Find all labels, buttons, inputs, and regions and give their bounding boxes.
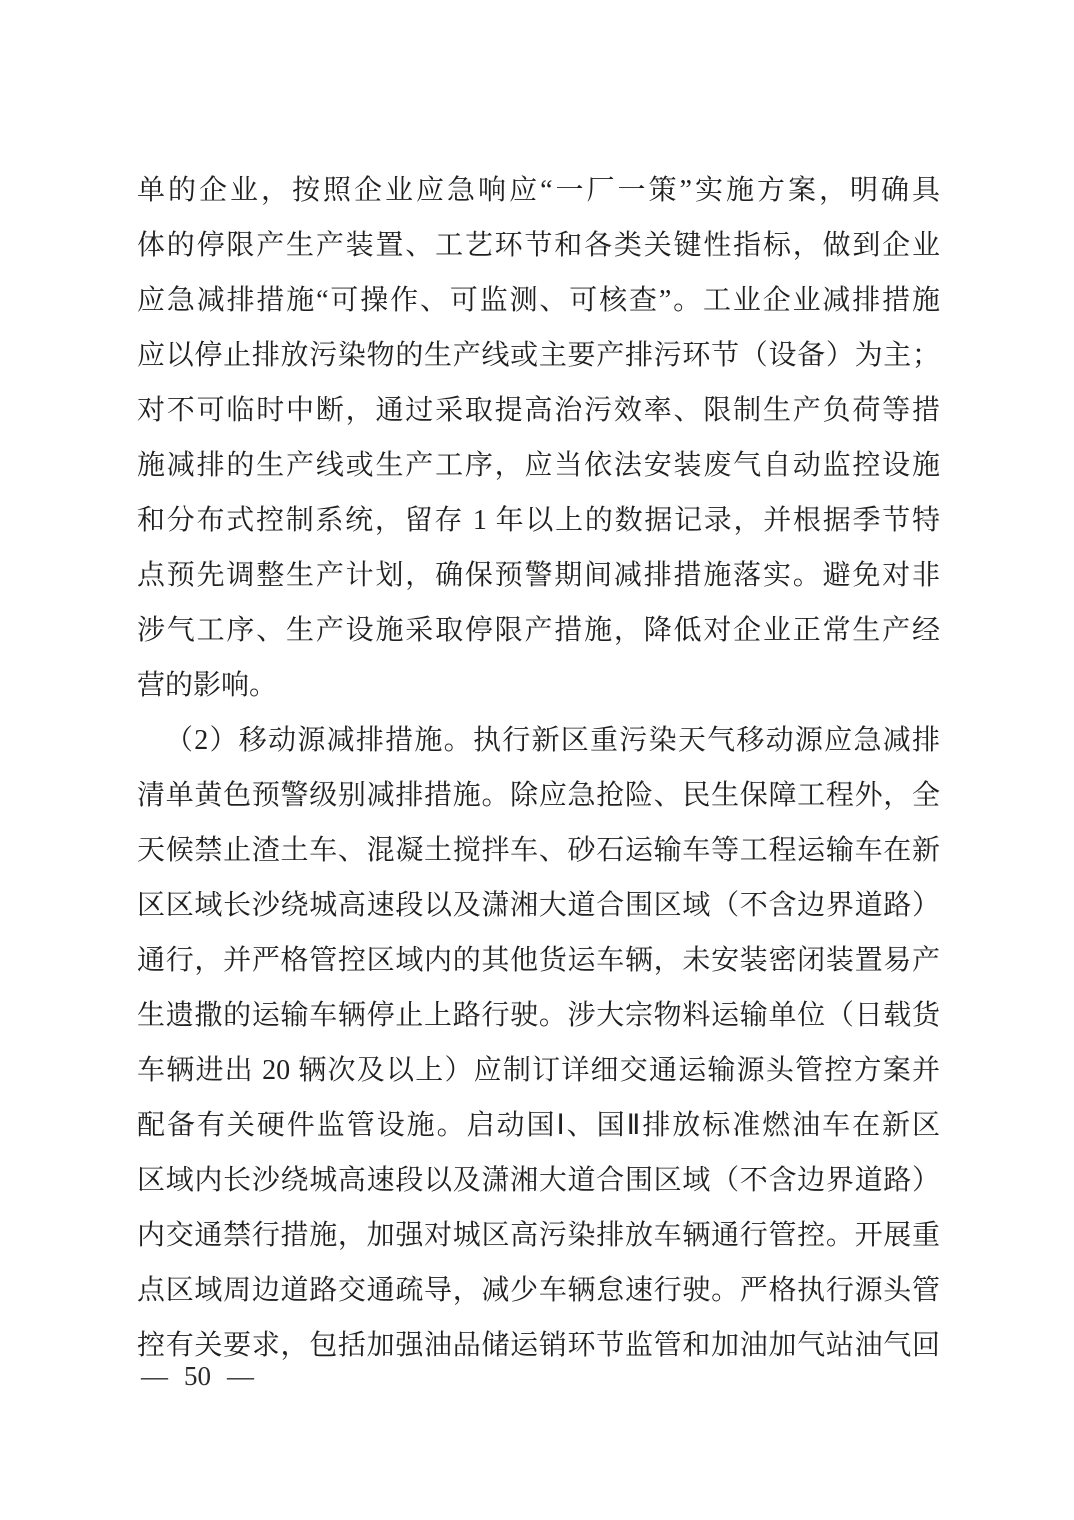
text-line: 点区域周边道路交通疏导，减少车辆怠速行驶。严格执行源头管 bbox=[137, 1263, 940, 1318]
text-line: 体的停限产生产装置、工艺环节和各类关键性指标，做到企业 bbox=[137, 218, 940, 273]
footer-right-dash: — bbox=[227, 1356, 254, 1396]
text-line: 涉气工序、生产设施采取停限产措施，降低对企业正常生产经 bbox=[137, 603, 940, 658]
text-line: 和分布式控制系统，留存 1 年以上的数据记录，并根据季节特 bbox=[137, 493, 940, 548]
document-page: 单的企业，按照企业应急响应“一厂一策”实施方案，明确具 体的停限产生产装置、工艺… bbox=[0, 0, 1074, 1520]
text-line: 对不可临时中断，通过采取提高治污效率、限制生产负荷等措 bbox=[137, 383, 940, 438]
text-line: 内交通禁行措施，加强对城区高污染排放车辆通行管控。开展重 bbox=[137, 1208, 940, 1263]
text-line: 应急减排措施“可操作、可监测、可核查”。工业企业减排措施 bbox=[137, 273, 940, 328]
text-line: 配备有关硬件监管设施。启动国Ⅰ、国Ⅱ排放标准燃油车在新区 bbox=[137, 1098, 940, 1153]
text-line: 点预先调整生产计划，确保预警期间减排措施落实。避免对非 bbox=[137, 548, 940, 603]
text-line: 施减排的生产线或生产工序，应当依法安装废气自动监控设施 bbox=[137, 438, 940, 493]
page-number: 50 bbox=[184, 1356, 211, 1396]
text-line: 单的企业，按照企业应急响应“一厂一策”实施方案，明确具 bbox=[137, 163, 940, 218]
text-line: 区域内长沙绕城高速段以及潇湘大道合围区域（不含边界道路） bbox=[137, 1153, 940, 1208]
text-line: 车辆进出 20 辆次及以上）应制订详细交通运输源头管控方案并 bbox=[137, 1043, 940, 1098]
text-line: 清单黄色预警级别减排措施。除应急抢险、民生保障工程外，全 bbox=[137, 768, 940, 823]
text-line: 区区域长沙绕城高速段以及潇湘大道合围区域（不含边界道路） bbox=[137, 878, 940, 933]
text-line: 通行，并严格管控区域内的其他货运车辆，未安装密闭装置易产 bbox=[137, 933, 940, 988]
text-line: 天候禁止渣土车、混凝土搅拌车、砂石运输车等工程运输车在新 bbox=[137, 823, 940, 878]
body-text-block: 单的企业，按照企业应急响应“一厂一策”实施方案，明确具 体的停限产生产装置、工艺… bbox=[137, 163, 940, 1373]
footer-left-dash: — bbox=[141, 1356, 168, 1396]
text-line-paragraph-end: 营的影响。 bbox=[137, 658, 940, 713]
text-line: 应以停止排放污染物的生产线或主要产排污环节（设备）为主； bbox=[137, 328, 940, 383]
text-line: 控有关要求，包括加强油品储运销环节监管和加油加气站油气回 bbox=[137, 1318, 940, 1373]
text-line: 生遗撒的运输车辆停止上路行驶。涉大宗物料运输单位（日载货 bbox=[137, 988, 940, 1043]
text-line-paragraph-start: （2）移动源减排措施。执行新区重污染天气移动源应急减排 bbox=[137, 713, 940, 768]
page-footer: — 50 — bbox=[141, 1356, 254, 1396]
